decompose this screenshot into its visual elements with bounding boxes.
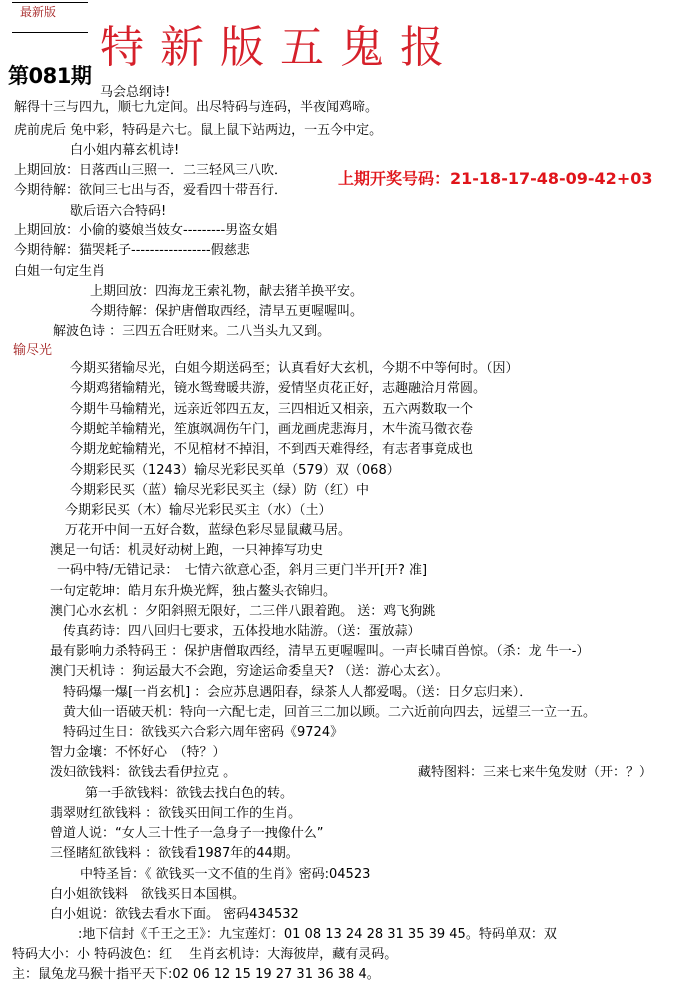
text-line: 三怪睹紅欲钱料 ：欲钱看1987年的44期。: [50, 847, 299, 860]
text-line: 今期彩民买（1243）输尽光彩民买单（579）双（068）: [70, 464, 400, 477]
text-line: 今期鸡猪输精光，镜水鸳鸯暖共游，爱情坚贞花正好，志趣融洽月常圆。: [70, 382, 486, 395]
text-line: 马会总纲诗!: [100, 86, 170, 99]
text-line: 曾道人说：“女人三十性子一急身子一拽像什么”: [50, 827, 323, 840]
text-line: 特码过生日：欲钱买六合彩六周年密码《9724》: [63, 726, 343, 739]
text-line: 澳门天机诗 ：狗运最大不会跑，穷途运命委皇天? （送：游心太玄）。: [50, 665, 449, 678]
text-line: 今期彩民买（蓝）输尽光彩民买主（绿）防（红）中: [70, 484, 369, 497]
text-line: 中特圣旨：《 欲钱买一文不值的生肖》密码:04523: [80, 868, 370, 881]
text-line: 智力金壤：不怀好心 （特？）: [50, 746, 226, 759]
text-line: 翡翠财红欲钱料 ：欲钱买田间工作的生肖。: [50, 807, 301, 820]
text-line: 主：鼠兔龙马猴十指平天下:02 06 12 15 19 27 31 36 38 …: [12, 968, 380, 981]
edition-rule: [12, 32, 88, 33]
text-line: 澳门心水玄机 ：夕阳斜照无限好，二三伴八跟着跑。 送：鸡飞狗跳: [50, 605, 435, 618]
text-line: 解得十三与四九，顺七九定间。出尽特码与连码，半夜闻鸡啼。: [14, 101, 378, 114]
text-line: 今期买猪输尽光，白姐今期送码至；认真看好大玄机，今期不中等何时。（因）: [70, 362, 519, 375]
text-line: 特码爆一爆[一肖玄机] ：会应苏息遇阳春，绿茶人人都爱喝。（送：日夕忘归来）．: [63, 686, 532, 699]
text-line: 传真药诗：四八回归七要求，五体投地水陆游。（送：蛋放蒜）: [63, 625, 421, 638]
text-line: 一句定乾坤：皓月东升焕光辉，独占鳌头衣锦归。: [50, 585, 336, 598]
text-line: 解波色诗 ：三四五合旺财来。二八当头九又到。: [53, 325, 330, 338]
text-line: 白小姐内幕玄机诗!: [70, 144, 179, 157]
text-line: 今期待解：保护唐僧取西经，清早五更喔喔叫。: [90, 305, 363, 318]
section-heading: 输尽光: [13, 344, 52, 357]
last-draw-label: 上期开奖号码：: [338, 169, 450, 188]
last-draw-value: 21-18-17-48-09-42+03: [450, 169, 652, 188]
text-line: 今期待解：猫哭耗子-----------------假慈悲: [14, 244, 250, 257]
text-line: 上期回放：四海龙王索礼物，献去猪羊换平安。: [90, 285, 363, 298]
edition-label: 最新版: [20, 6, 56, 18]
text-line: 今期彩民买（木）输尽光彩民买主（水）（土）: [65, 504, 332, 517]
text-line: 今期待解：欲间三七出与否，爱看四十带吾行．: [14, 184, 287, 197]
last-draw-numbers: 上期开奖号码：21-18-17-48-09-42+03: [338, 171, 652, 187]
text-line: 上期回放：日落西山三照一．二三轻风三八吹．: [14, 164, 287, 177]
text-line: 黄大仙一语破天机：特向一六配七走，回首三二加以顾。二六近前向四去，远望三一立一五…: [63, 706, 596, 719]
text-line: 虎前虎后 兔中彩，特码是六七。鼠上鼠下站两边，一五今中定。: [14, 124, 382, 137]
text-line: 万花开中间一五好合数，蓝绿色彩尽显鼠藏马居。: [65, 524, 351, 537]
page-title: 特新版五鬼报: [100, 26, 460, 70]
text-line: 白小姐说：欲钱去看水下面。 密码434532: [50, 908, 299, 921]
text-line: 澳足一句话：机灵好动树上跑，一只神捧写功史: [50, 544, 323, 557]
text-line: 最有影响力杀特码王 ：保护唐僧取西经，清早五更喔喔叫。一声长啸百兽惊。（杀：龙 …: [50, 645, 589, 658]
text-line: 上期回放：小偷的婆娘当妓女---------男盗女娼: [14, 224, 277, 237]
text-line: 今期牛马输精光，远亲近邻四五友，三四相近又相亲，五六两数取一个: [70, 403, 473, 416]
text-line: 泼妇欲钱料：欲钱去看伊拉克 。: [50, 766, 236, 779]
text-line: 藏特图料：三来七来牛兔发财（开：？）: [418, 766, 652, 779]
text-line: 今期龙蛇输精光，不见棺材不掉泪，不到西天难得经，有志者事竟成也: [70, 443, 473, 456]
text-line: 一码中特/无错记录： 七情六欲意心歪，斜月三更门半开[开? 准]: [57, 564, 427, 577]
top-rule: [12, 2, 88, 3]
text-line: :地下信封《千王之王》：九宝莲灯：01 08 13 24 28 31 35 39…: [78, 928, 557, 941]
text-line: 歇后语六合特码!: [70, 205, 166, 218]
text-line: 白小姐欲钱料 欲钱买日本国棋。: [50, 888, 245, 901]
text-line: 白姐一句定生肖: [14, 265, 105, 278]
text-line: 今期蛇羊输精光，笙旗飒凋伤午门，画龙画虎悲海月，木牛流马徵衣卷: [70, 423, 473, 436]
text-line: 第一手欲钱料：欲钱去找白色的转。: [85, 787, 293, 800]
issue-number: 第081期: [8, 66, 91, 87]
text-line: 特码大小：小 特码波色：红 生肖玄机诗：大海彼岸，藏有灵码。: [12, 948, 397, 961]
